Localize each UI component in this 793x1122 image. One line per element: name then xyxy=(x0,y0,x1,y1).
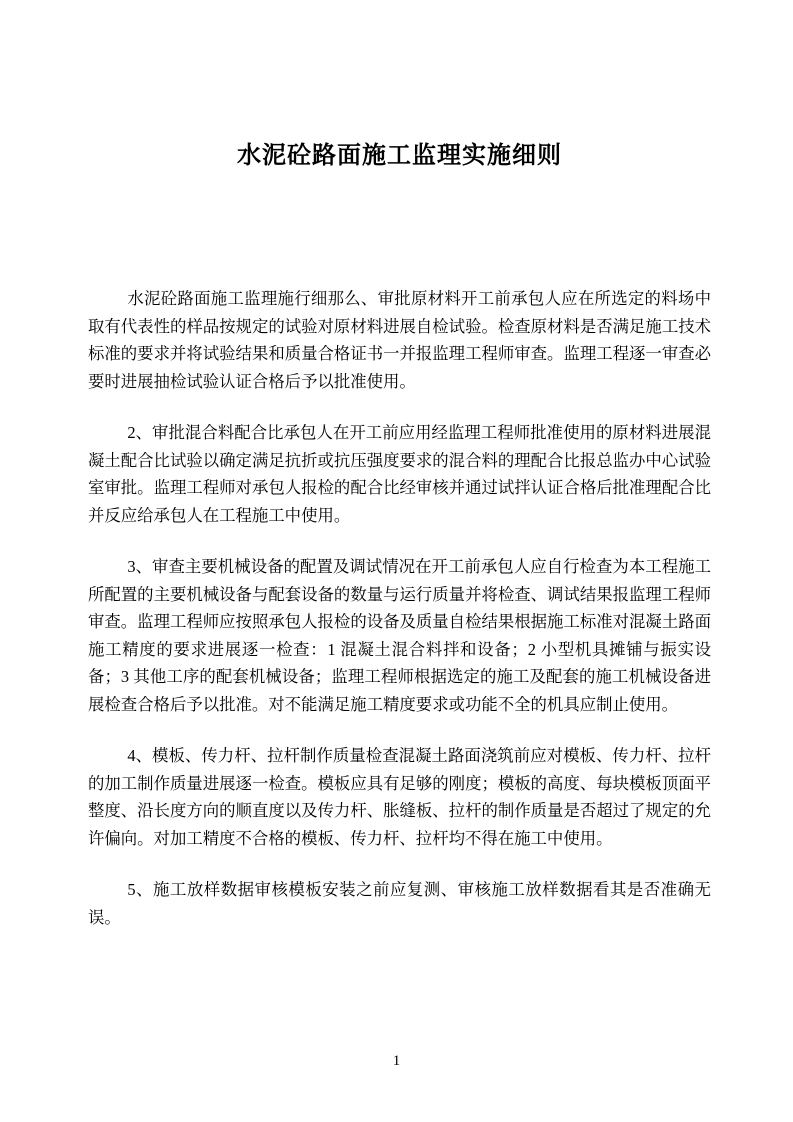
paragraph-5-setting-out-data-review: 5、施工放样数据审核模板安装之前应复测、审核施工放样数据看其是否准确无误。 xyxy=(88,876,711,931)
document-page: 水泥砼路面施工监理实施细则 水泥砼路面施工监理施行细那么、审批原材料开工前承包人… xyxy=(0,0,793,1122)
paragraph-2-mix-ratio-approval: 2、审批混合料配合比承包人在开工前应用经监理工程师批准使用的原材料进展混凝土配合… xyxy=(88,419,711,529)
document-content: 水泥砼路面施工监理实施细则 水泥砼路面施工监理施行细那么、审批原材料开工前承包人… xyxy=(0,0,793,931)
paragraph-4-formwork-quality-check: 4、模板、传力杆、拉杆制作质量检查混凝土路面浇筑前应对模板、传力杆、拉杆的加工制… xyxy=(88,742,711,852)
paragraph-1-raw-materials-approval: 水泥砼路面施工监理施行细那么、审批原材料开工前承包人应在所选定的料场中取有代表性… xyxy=(88,285,711,395)
paragraph-3-equipment-review: 3、审查主要机械设备的配置及调试情况在开工前承包人应自行检查为本工程施工所配置的… xyxy=(88,553,711,718)
document-title: 水泥砼路面施工监理实施细则 xyxy=(88,138,711,174)
page-number: 1 xyxy=(0,1051,793,1071)
